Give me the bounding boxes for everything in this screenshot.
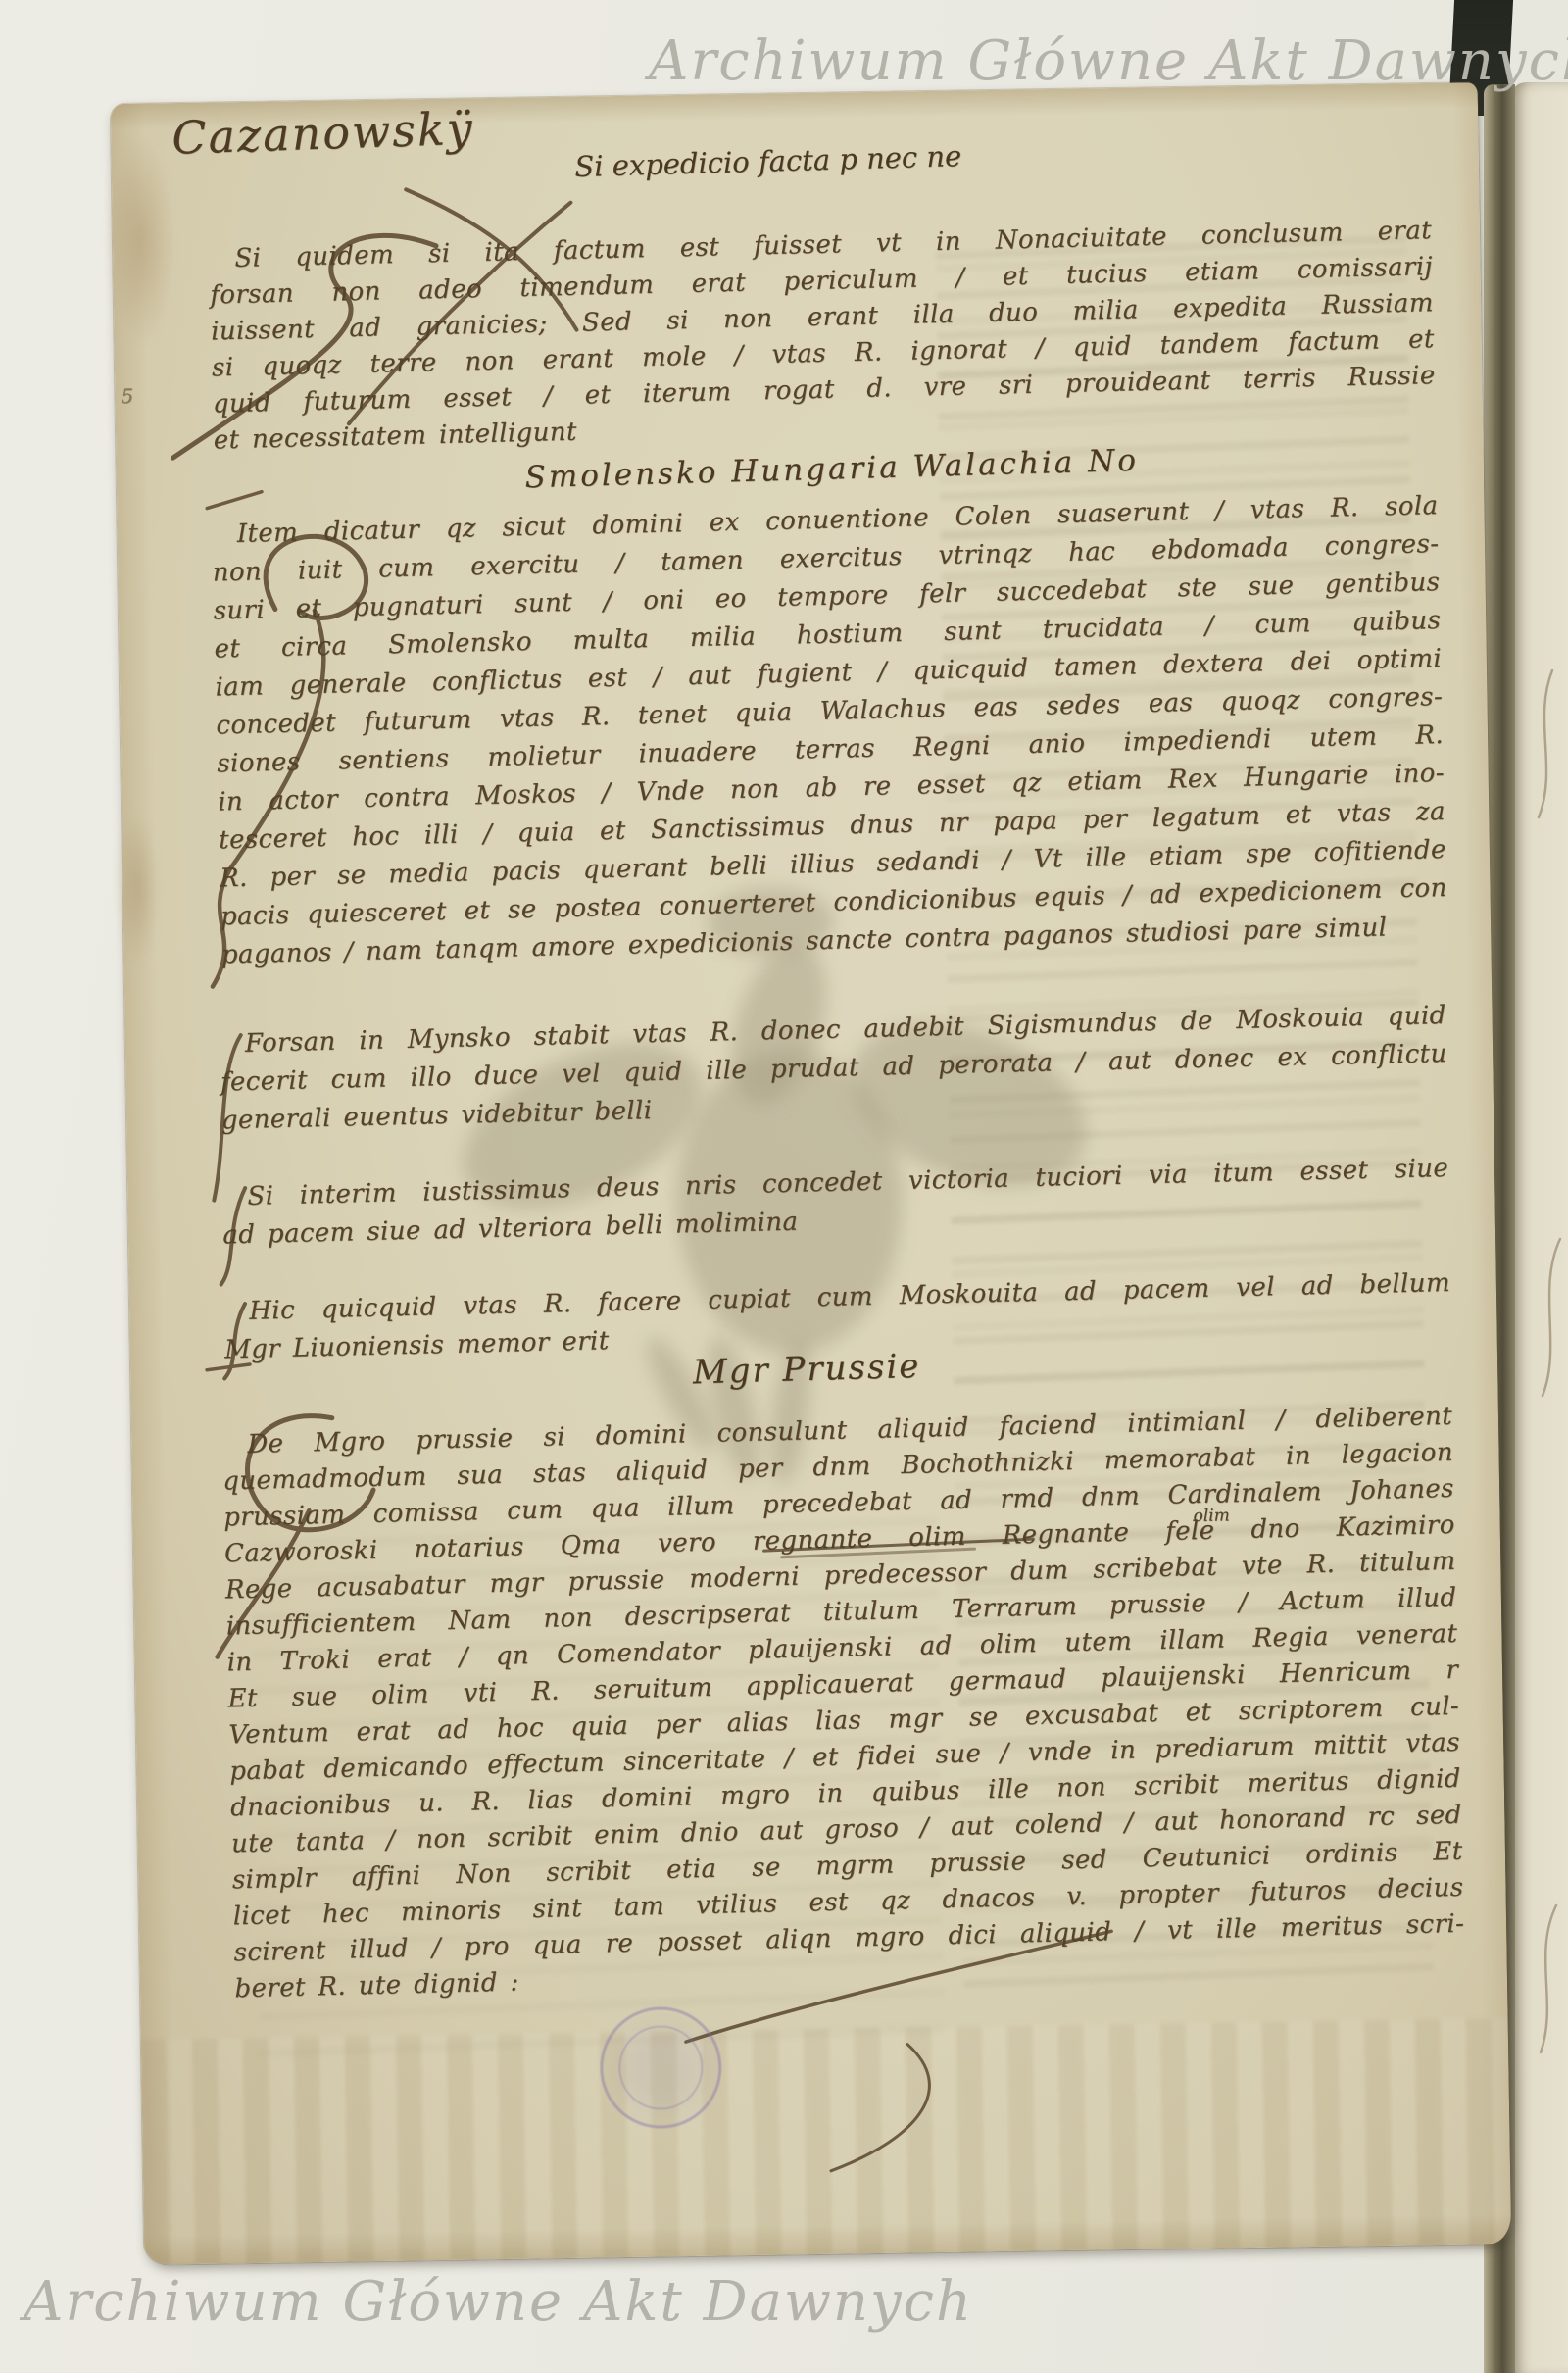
margin-mark: 5 bbox=[121, 384, 133, 408]
facing-page-edge bbox=[1513, 82, 1568, 2373]
paragraph-prussia: De Mgro prussie si domini consulunt aliq… bbox=[221, 1399, 1466, 2007]
manuscript-page: Cazanowskÿ 5 Si expedicio facta p nec ne… bbox=[111, 82, 1511, 2265]
watermark-top: Archiwum Główne Akt Dawnych bbox=[649, 29, 1568, 93]
superscript-insertion: olim bbox=[1193, 1506, 1230, 1526]
scanned-document: Cazanowskÿ 5 Si expedicio facta p nec ne… bbox=[0, 0, 1568, 2373]
paragraph-smolensko: Item dicatur qz sicut domini ex conuenti… bbox=[211, 487, 1448, 974]
page-label: Cazanowskÿ bbox=[171, 102, 474, 165]
paragraph-russia: Si quidem si ita factum est fuisset vt i… bbox=[209, 213, 1437, 459]
watermark-bottom: Archiwum Główne Akt Dawnych bbox=[24, 2270, 973, 2334]
facing-page-ink-strokes bbox=[1513, 82, 1568, 2373]
archive-stamp-inner-ring bbox=[618, 2025, 704, 2110]
